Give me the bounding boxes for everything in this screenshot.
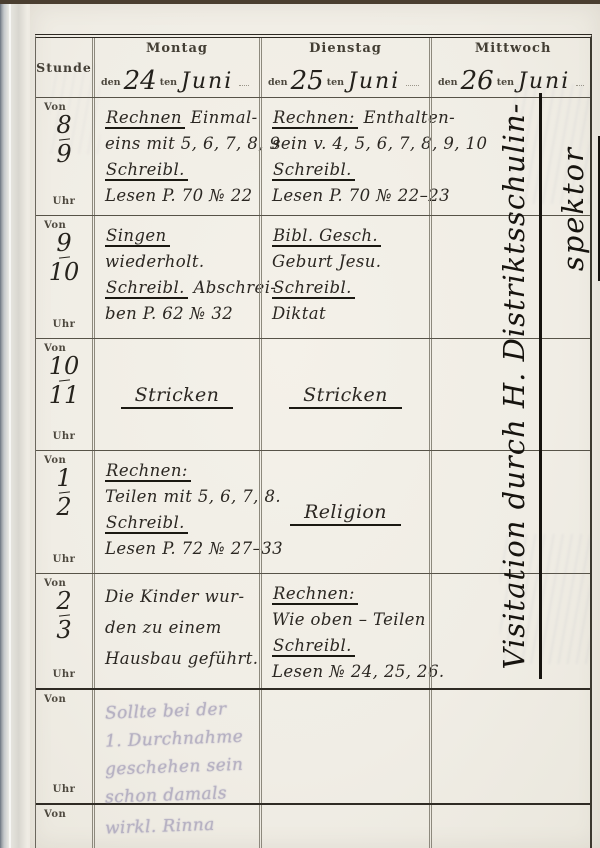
day-cell: Sollte bei der1. Durchnahmegeschehen sei… bbox=[92, 690, 259, 803]
handwriting-text: Lesen P. 72 № 27–33 bbox=[105, 539, 283, 558]
underlined-subject: Rechnen: bbox=[105, 461, 191, 482]
pencil-entry: wirkl. Rinna bbox=[95, 805, 259, 848]
handwritten-date: 25 bbox=[288, 71, 327, 91]
handwriting-text: Sollte bei der bbox=[105, 699, 227, 723]
handwriting-text: den zu einem bbox=[105, 618, 222, 637]
stunde-cell: Von bbox=[36, 805, 92, 848]
printed-uhr-label: Uhr bbox=[53, 784, 76, 795]
day-cell: Rechnen: Enthalten-sein v. 4, 5, 6, 7, 8… bbox=[259, 98, 429, 215]
ink-entry: Rechnen:Teilen mit 5, 6, 7, 8.Schreibl.L… bbox=[95, 451, 259, 573]
printed-von-label: Von bbox=[44, 809, 66, 820]
handwriting-line: Schreibl. bbox=[272, 157, 425, 183]
hour-from: 2 bbox=[56, 589, 71, 613]
handwriting-text: Hausbau geführt. bbox=[105, 649, 258, 668]
date-line-montag: den 24 ten Juni bbox=[101, 56, 253, 93]
header-cell-dienstag: Dienstag den 25 ten Juni bbox=[259, 38, 429, 97]
handwriting-text: schon damals bbox=[105, 783, 228, 807]
ink-entry bbox=[432, 216, 590, 338]
handwriting-text: Die Kinder wur- bbox=[105, 587, 244, 606]
handwriting-line: Stricken bbox=[121, 382, 234, 408]
day-name-mittwoch: Mittwoch bbox=[438, 41, 588, 56]
hour-from: 1 bbox=[56, 466, 71, 490]
table-header-row: Stunde Montag den 24 ten Juni bbox=[36, 38, 590, 97]
handwritten-month: Juni bbox=[177, 73, 233, 91]
hour-to: 3 bbox=[56, 618, 71, 642]
day-cell bbox=[259, 690, 429, 803]
printed-ten: ten bbox=[327, 77, 344, 91]
handwriting-line: Die Kinder wur- bbox=[105, 581, 255, 612]
day-cell: Die Kinder wur-den zu einemHausbau gefüh… bbox=[92, 574, 259, 688]
handwriting-line: Rechnen: Enthalten- bbox=[272, 105, 425, 131]
bleedthrough-mark bbox=[50, 64, 100, 154]
underlined-subject: Stricken bbox=[121, 384, 234, 409]
underlined-subject: Singen bbox=[105, 226, 170, 247]
underlined-subject: Schreibl. bbox=[105, 160, 188, 181]
day-cell bbox=[429, 805, 590, 848]
ink-entry: Rechnen Einmal-eins mit 5, 6, 7, 8, 9Sch… bbox=[95, 98, 259, 215]
bleedthrough-mark bbox=[510, 84, 590, 204]
ink-entry: Die Kinder wur-den zu einemHausbau gefüh… bbox=[95, 574, 259, 688]
day-cell bbox=[429, 216, 590, 338]
printed-von-label: Von bbox=[44, 694, 66, 705]
stunde-cell: Von1011Uhr bbox=[36, 339, 92, 450]
handwriting-line: den zu einem bbox=[105, 612, 255, 643]
table-row: Von1011UhrStrickenStricken bbox=[36, 338, 590, 450]
handwriting-line: Bibl. Gesch. bbox=[272, 223, 425, 249]
ink-entry: Rechnen:Wie oben – TeilenSchreibl.Lesen … bbox=[262, 574, 429, 688]
handwriting-line: Schreibl. bbox=[272, 633, 425, 659]
table-row: Von910UhrSingenwiederholt.Schreibl. Absc… bbox=[36, 215, 590, 338]
underlined-subject: Rechnen: bbox=[272, 584, 358, 605]
ink-entry: Bibl. Gesch.Geburt Jesu.Schreibl. Diktat bbox=[262, 216, 429, 338]
handwriting-line: Rechnen Einmal- bbox=[105, 105, 255, 131]
handwriting-line: Lesen P. 72 № 27–33 bbox=[105, 536, 255, 562]
handwriting-line: Wie oben – Teilen bbox=[272, 607, 425, 633]
printed-den: den bbox=[101, 77, 121, 91]
handwriting-line: Rechnen: bbox=[272, 581, 425, 607]
day-cell: Rechnen Einmal-eins mit 5, 6, 7, 8, 9Sch… bbox=[92, 98, 259, 215]
day-cell: Rechnen:Wie oben – TeilenSchreibl.Lesen … bbox=[259, 574, 429, 688]
day-cell: Rechnen:Teilen mit 5, 6, 7, 8.Schreibl.L… bbox=[92, 451, 259, 573]
stunde-cell: VonUhr bbox=[36, 690, 92, 803]
handwriting-line: Lesen № 24, 25, 26. bbox=[272, 659, 425, 685]
book-binding-edge bbox=[0, 0, 34, 848]
day-cell: Bibl. Gesch.Geburt Jesu.Schreibl. Diktat bbox=[259, 216, 429, 338]
day-cell bbox=[429, 690, 590, 803]
ink-entry: Rechnen: Enthalten-sein v. 4, 5, 6, 7, 8… bbox=[262, 98, 429, 215]
pencil-entry: Sollte bei der1. Durchnahmegeschehen sei… bbox=[95, 690, 259, 803]
hour-from: 10 bbox=[49, 354, 80, 378]
underlined-subject: Rechnen bbox=[105, 108, 185, 129]
ink-entry bbox=[262, 805, 429, 848]
paper-sheet: Stunde Montag den 24 ten Juni bbox=[30, 4, 600, 848]
stunde-cell: Von23Uhr bbox=[36, 574, 92, 688]
handwriting-line: Stricken bbox=[289, 382, 402, 408]
underlined-subject: Bibl. Gesch. bbox=[272, 226, 381, 247]
handwriting-line: Geburt Jesu. bbox=[272, 249, 425, 275]
underlined-subject: Stricken bbox=[289, 384, 402, 409]
handwriting-line: Diktat bbox=[272, 301, 425, 327]
handwriting-line: ben P. 62 № 32 bbox=[105, 301, 255, 327]
hour-to: 2 bbox=[56, 495, 71, 519]
handwriting-line: wirkl. Rinna bbox=[105, 809, 256, 842]
table-row: VonUhrSollte bei der1. Durchnahmegescheh… bbox=[36, 688, 590, 803]
handwriting-text: Lesen P. 70 № 22–23 bbox=[272, 186, 450, 205]
handwritten-month: Juni bbox=[344, 73, 400, 91]
day-cell: Stricken bbox=[92, 339, 259, 450]
handwriting-text: Einmal- bbox=[185, 108, 258, 127]
day-cell: Stricken bbox=[259, 339, 429, 450]
day-cell: wirkl. Rinna bbox=[92, 805, 259, 848]
handwriting-text: 1. Durchnahme bbox=[105, 727, 244, 752]
hour-to: 11 bbox=[49, 383, 80, 407]
ink-entry: Singenwiederholt.Schreibl. Abschrei-ben … bbox=[95, 216, 259, 338]
underlined-subject: Schreibl. bbox=[272, 278, 355, 299]
handwriting-line: Lesen P. 70 № 22 bbox=[105, 183, 255, 209]
handwriting-text: wiederholt. bbox=[105, 252, 205, 271]
printed-uhr-label: Uhr bbox=[53, 196, 76, 207]
handwriting-line: wiederholt. bbox=[105, 249, 255, 275]
handwriting-line: eins mit 5, 6, 7, 8, 9 bbox=[105, 131, 255, 157]
handwritten-date: 24 bbox=[121, 71, 160, 91]
table-row: Vonwirkl. Rinna bbox=[36, 803, 590, 848]
dotted-rule bbox=[406, 85, 419, 86]
ink-entry bbox=[432, 339, 590, 450]
dotted-rule bbox=[239, 85, 249, 86]
underlined-subject: Schreibl. bbox=[105, 513, 188, 534]
ink-entry bbox=[432, 805, 590, 848]
handwriting-text: Diktat bbox=[272, 304, 326, 323]
printed-uhr-label: Uhr bbox=[53, 431, 76, 442]
day-name-montag: Montag bbox=[101, 41, 253, 56]
ink-entry bbox=[262, 690, 429, 803]
handwriting-text: Teilen mit 5, 6, 7, 8. bbox=[105, 487, 281, 506]
printed-uhr-label: Uhr bbox=[53, 319, 76, 330]
handwriting-line: Teilen mit 5, 6, 7, 8. bbox=[105, 484, 255, 510]
handwriting-line: Lesen P. 70 № 22–23 bbox=[272, 183, 425, 209]
day-name-dienstag: Dienstag bbox=[268, 41, 423, 56]
table-row: Von89UhrRechnen Einmal-eins mit 5, 6, 7,… bbox=[36, 97, 590, 215]
handwriting-line: Religion bbox=[290, 499, 401, 525]
scanned-page: Stunde Montag den 24 ten Juni bbox=[0, 0, 600, 848]
header-cell-montag: Montag den 24 ten Juni bbox=[92, 38, 259, 97]
handwriting-text: geschehen sein bbox=[105, 755, 244, 780]
ink-entry bbox=[432, 690, 590, 803]
handwriting-line: Singen bbox=[105, 223, 255, 249]
ink-entry: Religion bbox=[262, 451, 429, 573]
handwriting-text: eins mit 5, 6, 7, 8, 9 bbox=[105, 134, 280, 153]
printed-den: den bbox=[438, 77, 458, 91]
day-cell bbox=[429, 339, 590, 450]
printed-uhr-label: Uhr bbox=[53, 554, 76, 565]
handwriting-text: Lesen № 24, 25, 26. bbox=[272, 662, 445, 681]
handwriting-text: Geburt Jesu. bbox=[272, 252, 381, 271]
handwriting-text: Wie oben – Teilen bbox=[272, 610, 426, 629]
handwriting-line: Schreibl. bbox=[105, 157, 255, 183]
underlined-subject: Schreibl. bbox=[272, 160, 355, 181]
handwritten-date: 26 bbox=[458, 71, 497, 91]
handwriting-line: Schreibl. bbox=[272, 275, 425, 301]
underlined-subject: Schreibl. bbox=[105, 278, 188, 299]
handwriting-line: Schreibl. bbox=[105, 510, 255, 536]
day-cell: Singenwiederholt.Schreibl. Abschrei-ben … bbox=[92, 216, 259, 338]
handwriting-line: sein v. 4, 5, 6, 7, 8, 9, 10 bbox=[272, 131, 425, 157]
stunde-cell: Von12Uhr bbox=[36, 451, 92, 573]
date-line-dienstag: den 25 ten Juni bbox=[268, 56, 423, 93]
handwriting-text: Lesen P. 70 № 22 bbox=[105, 186, 253, 205]
ink-entry: Stricken bbox=[95, 339, 259, 450]
bleedthrough-mark bbox=[500, 534, 590, 664]
underlined-subject: Religion bbox=[290, 501, 401, 526]
hour-to: 10 bbox=[49, 260, 80, 284]
handwriting-line: Schreibl. Abschrei- bbox=[105, 275, 255, 301]
lesson-plan-table: Stunde Montag den 24 ten Juni bbox=[35, 34, 592, 848]
day-cell: Religion bbox=[259, 451, 429, 573]
handwriting-text: wirkl. Rinna bbox=[105, 815, 215, 839]
handwriting-text: ben P. 62 № 32 bbox=[105, 304, 233, 323]
handwriting-line: Hausbau geführt. bbox=[105, 643, 255, 674]
printed-uhr-label: Uhr bbox=[53, 669, 76, 680]
hour-from: 9 bbox=[56, 231, 71, 255]
stunde-cell: Von910Uhr bbox=[36, 216, 92, 338]
handwriting-line: Rechnen: bbox=[105, 458, 255, 484]
printed-ten: ten bbox=[160, 77, 177, 91]
underlined-subject: Schreibl. bbox=[272, 636, 355, 657]
printed-den: den bbox=[268, 77, 288, 91]
underlined-subject: Rechnen: bbox=[272, 108, 358, 129]
ink-entry: Stricken bbox=[262, 339, 429, 450]
day-cell bbox=[259, 805, 429, 848]
